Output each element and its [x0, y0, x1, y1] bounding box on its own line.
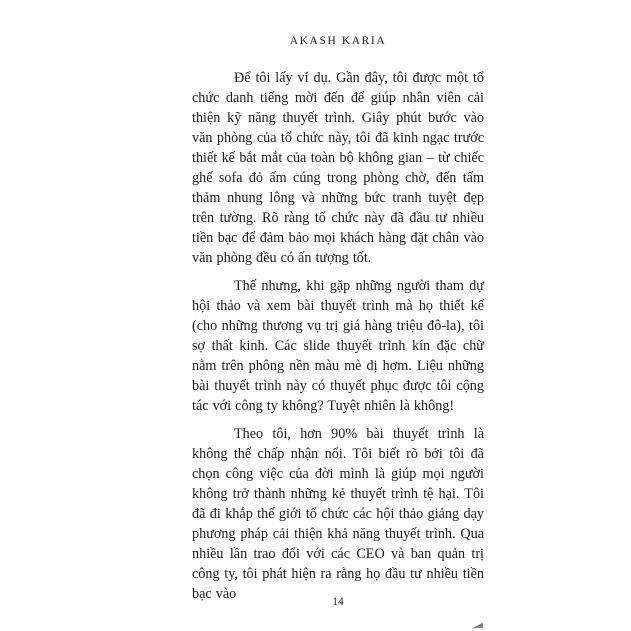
paragraph: Thế nhưng, khi gặp những người tham dự h…	[192, 276, 484, 416]
paragraph: Để tôi lấy ví dụ. Gần đây, tôi được một …	[192, 68, 484, 268]
text-column: AKASH KARIA Để tôi lấy ví dụ. Gần đây, t…	[192, 35, 484, 612]
page-number: 14	[192, 596, 484, 608]
paragraph: Theo tôi, hơn 90% bài thuyết trình là kh…	[192, 424, 484, 604]
page-body: Để tôi lấy ví dụ. Gần đây, tôi được một …	[192, 68, 484, 604]
book-page-scan: AKASH KARIA Để tôi lấy ví dụ. Gần đây, t…	[0, 0, 631, 631]
running-header: AKASH KARIA	[192, 35, 484, 48]
ink-smudge-artifact	[472, 623, 483, 629]
